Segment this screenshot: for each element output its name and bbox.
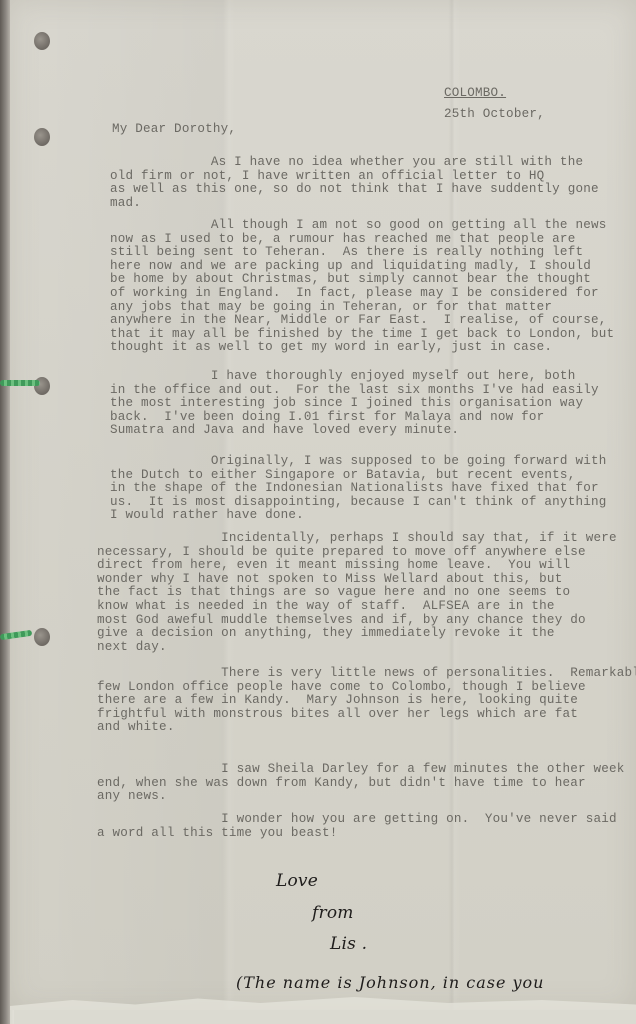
paragraph: Incidentally, perhaps I should say that,…	[97, 532, 617, 654]
letter-salutation: My Dear Dorothy,	[112, 122, 236, 136]
paragraph: I have thoroughly enjoyed myself out her…	[110, 370, 630, 438]
paragraph: Originally, I was supposed to be going f…	[110, 455, 630, 523]
handwritten-postscript: (The name is Johnson, in case you	[236, 973, 544, 992]
letter-place: COLOMBO.	[444, 86, 506, 100]
paragraph: There is very little news of personaliti…	[97, 667, 617, 735]
letter-date: 25th October,	[444, 107, 545, 121]
paragraph: I wonder how you are getting on. You've …	[97, 813, 617, 840]
paragraph: I saw Sheila Darley for a few minutes th…	[97, 763, 617, 804]
letter-text: COLOMBO. 25th October, My Dear Dorothy, …	[0, 0, 636, 1024]
handwritten-closing: Love	[276, 871, 318, 891]
paragraph: As I have no idea whether you are still …	[110, 156, 630, 210]
handwritten-closing: from	[312, 903, 354, 923]
handwritten-signature: Lis .	[330, 934, 367, 954]
paragraph: All though I am not so good on getting a…	[110, 219, 630, 355]
